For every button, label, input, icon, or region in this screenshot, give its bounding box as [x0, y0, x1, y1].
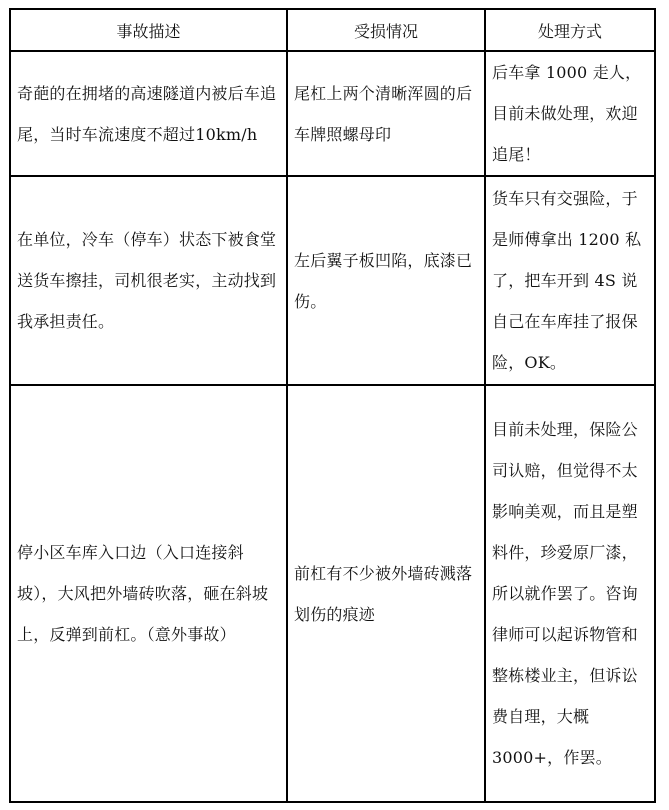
- cell-handling: 后车拿 1000 走人，目前未做处理，欢迎追尾！: [485, 51, 655, 176]
- header-handling: 处理方式: [485, 9, 655, 51]
- table-row: 在单位，冷车（停车）状态下被食堂送货车擦挂，司机很老实，主动找到我承担责任。 左…: [10, 176, 655, 385]
- cell-damage: 尾杠上两个清晰浑圆的后车牌照螺母印: [287, 51, 485, 176]
- damage-text: 尾杠上两个清晰浑圆的后车牌照螺母印: [288, 73, 484, 155]
- cell-description: 在单位，冷车（停车）状态下被食堂送货车擦挂，司机很老实，主动找到我承担责任。: [10, 176, 287, 385]
- description-text: 停小区车库入口边（入口连接斜坡），大风把外墙砖吹落，砸在斜坡上，反弹到前杠。（意…: [11, 532, 286, 655]
- description-text: 在单位，冷车（停车）状态下被食堂送货车擦挂，司机很老实，主动找到我承担责任。: [11, 219, 286, 342]
- cell-description: 停小区车库入口边（入口连接斜坡），大风把外墙砖吹落，砸在斜坡上，反弹到前杠。（意…: [10, 385, 287, 802]
- cell-damage: 左后翼子板凹陷，底漆已伤。: [287, 176, 485, 385]
- damage-text: 左后翼子板凹陷，底漆已伤。: [288, 240, 484, 322]
- cell-damage: 前杠有不少被外墙砖溅落划伤的痕迹: [287, 385, 485, 802]
- handling-text: 后车拿 1000 走人，目前未做处理，欢迎追尾！: [486, 52, 654, 175]
- handling-text: 目前未处理，保险公司认赔，但觉得不太影响美观，而且是塑料件，珍爱原厂漆，所以就作…: [486, 409, 654, 778]
- handling-text: 货车只有交强险，于是师傅拿出 1200 私了，把车开到 4S 说自己在车库挂了报…: [486, 178, 654, 383]
- table-row: 停小区车库入口边（入口连接斜坡），大风把外墙砖吹落，砸在斜坡上，反弹到前杠。（意…: [10, 385, 655, 802]
- header-damage: 受损情况: [287, 9, 485, 51]
- table-row: 奇葩的在拥堵的高速隧道内被后车追尾，当时车流速度不超过10km/h 尾杠上两个清…: [10, 51, 655, 176]
- accident-table: 事故描述 受损情况 处理方式 奇葩的在拥堵的高速隧道内被后车追尾，当时车流速度不…: [9, 8, 656, 803]
- header-row: 事故描述 受损情况 处理方式: [10, 9, 655, 51]
- damage-text: 前杠有不少被外墙砖溅落划伤的痕迹: [288, 553, 484, 635]
- header-description: 事故描述: [10, 9, 287, 51]
- cell-handling: 货车只有交强险，于是师傅拿出 1200 私了，把车开到 4S 说自己在车库挂了报…: [485, 176, 655, 385]
- cell-description: 奇葩的在拥堵的高速隧道内被后车追尾，当时车流速度不超过10km/h: [10, 51, 287, 176]
- cell-handling: 目前未处理，保险公司认赔，但觉得不太影响美观，而且是塑料件，珍爱原厂漆，所以就作…: [485, 385, 655, 802]
- description-text: 奇葩的在拥堵的高速隧道内被后车追尾，当时车流速度不超过10km/h: [11, 73, 286, 155]
